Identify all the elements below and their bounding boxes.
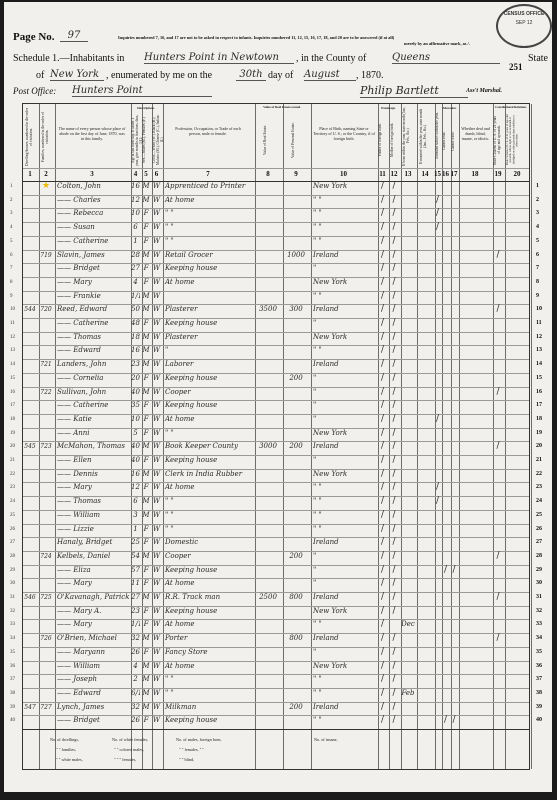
- male-citizen: /: [493, 550, 503, 564]
- disability: [459, 194, 491, 208]
- occupation: " ": [163, 509, 255, 523]
- born-within-year: [401, 509, 415, 523]
- cannot-read: [442, 646, 449, 660]
- disability: [459, 481, 491, 495]
- age: 40: [131, 440, 140, 454]
- born-within-year: [401, 194, 415, 208]
- mother-foreign: /: [389, 701, 399, 715]
- dwelling-number: [23, 290, 37, 304]
- disability: [459, 262, 491, 276]
- cannot-read: [442, 413, 449, 427]
- age: 12: [131, 481, 140, 495]
- person-name: —— Mary A.: [55, 605, 131, 619]
- mother-foreign: /: [389, 290, 399, 304]
- male-citizen: [493, 317, 503, 331]
- disability: [459, 495, 491, 509]
- dwelling-number: [23, 714, 37, 728]
- cannot-read: [442, 687, 449, 701]
- footer-foreign-males: No. of males, foreign born,: [176, 737, 221, 742]
- cannot-write: [451, 440, 457, 454]
- birthplace: New York: [311, 660, 378, 674]
- sex: F: [142, 399, 150, 413]
- male-citizen: [493, 344, 503, 358]
- color: W: [152, 632, 161, 646]
- sex: F: [142, 413, 150, 427]
- real-estate-value: [255, 495, 281, 509]
- row-number-left: 20: [10, 444, 15, 449]
- marshal-label: Ass't Marshal.: [466, 88, 502, 94]
- birthplace: " ": [311, 344, 378, 358]
- born-within-year: [401, 249, 415, 263]
- row-number-left: 11: [10, 321, 15, 326]
- dwelling-number: [23, 577, 37, 591]
- occupation: Clerk in India Rubber: [163, 468, 255, 482]
- dwelling-number: [23, 687, 37, 701]
- table-row: —— Mary1/12FWAt home" "/Dec: [22, 618, 530, 632]
- col-1-header: Dwelling-houses, numbered in the order o…: [25, 108, 35, 166]
- mother-foreign: /: [389, 564, 399, 578]
- vote-denied: [505, 673, 529, 687]
- table-row: —— Edward16MW"" "//: [22, 344, 530, 358]
- mother-foreign: [389, 618, 399, 632]
- mother-foreign: /: [389, 591, 399, 605]
- row-number-left: 22: [10, 472, 15, 477]
- vote-denied: [505, 317, 529, 331]
- row-number-right: 16: [536, 389, 542, 395]
- dwelling-number: 546: [23, 591, 37, 605]
- stamp-text: CENSUS OFFICE: [498, 11, 550, 17]
- row-number-right: 34: [536, 635, 542, 641]
- col-3-header: The name of every person whose place of …: [58, 126, 126, 141]
- dwelling-number: [23, 550, 37, 564]
- personal-estate-value: [283, 194, 309, 208]
- age: 28: [131, 249, 140, 263]
- color: W: [152, 536, 161, 550]
- cannot-read: [442, 262, 449, 276]
- married-within-year: [417, 372, 433, 386]
- married-within-year: [417, 523, 433, 537]
- disability: [459, 550, 491, 564]
- person-name: —— Mary: [55, 481, 131, 495]
- cannot-read: [442, 249, 449, 263]
- personal-estate-value: [283, 427, 309, 441]
- attended-school: /: [435, 194, 440, 208]
- table-row: 726O'Brien, Michael32MWPorter800Ireland/…: [22, 632, 530, 646]
- mother-foreign: /: [389, 481, 399, 495]
- table-row: —— Cornelia20FWKeeping house200"//: [22, 372, 530, 386]
- married-within-year: [417, 687, 433, 701]
- birthplace: ": [311, 399, 378, 413]
- instructions-line-1: Inquiries numbered 7, 16, and 17 are not…: [118, 35, 394, 40]
- birthplace: " ": [311, 207, 378, 221]
- row-number-left: 26: [10, 527, 15, 532]
- sex: F: [142, 262, 150, 276]
- family-number: [39, 495, 53, 509]
- disability: [459, 687, 491, 701]
- sex: M: [142, 550, 150, 564]
- occupation: Keeping house: [163, 564, 255, 578]
- birthplace: New York: [311, 180, 378, 194]
- color: W: [152, 495, 161, 509]
- attended-school: [435, 605, 440, 619]
- sex: M: [142, 303, 150, 317]
- census-page: CENSUS OFFICE SEP 12 Page No. 97 Inquiri…: [4, 2, 552, 792]
- row-number-right: 15: [536, 375, 542, 381]
- family-number: [39, 468, 53, 482]
- cannot-read: [442, 577, 449, 591]
- married-within-year: [417, 249, 433, 263]
- sex: M: [142, 468, 150, 482]
- dwelling-number: [23, 509, 37, 523]
- cannot-write: [451, 399, 457, 413]
- age: 16: [131, 468, 140, 482]
- married-within-year: [417, 331, 433, 345]
- sex: M: [142, 180, 150, 194]
- dwelling-number: [23, 372, 37, 386]
- born-within-year: [401, 550, 415, 564]
- row-number-right: 36: [536, 663, 542, 669]
- birthplace: Ireland: [311, 358, 378, 372]
- sex: M: [142, 673, 150, 687]
- sex: F: [142, 564, 150, 578]
- row-number-left: 38: [10, 691, 15, 696]
- disability: [459, 701, 491, 715]
- birthplace: New York: [311, 276, 378, 290]
- birthplace: New York: [311, 427, 378, 441]
- person-name: Hanaly, Bridget: [55, 536, 131, 550]
- cannot-write: [451, 591, 457, 605]
- row-number-right: 40: [536, 717, 542, 723]
- birthplace: Ireland: [311, 440, 378, 454]
- age: 1/12: [131, 618, 140, 632]
- cannot-read: [442, 290, 449, 304]
- family-number: [39, 536, 53, 550]
- family-number: [39, 194, 53, 208]
- family-number: 725: [39, 591, 53, 605]
- married-within-year: [417, 386, 433, 400]
- mother-foreign: /: [389, 399, 399, 413]
- real-estate-value: 3500: [255, 303, 281, 317]
- cannot-write: [451, 481, 457, 495]
- occupation: Keeping house: [163, 454, 255, 468]
- attended-school: [435, 358, 440, 372]
- cannot-read: [442, 399, 449, 413]
- cannot-read: [442, 358, 449, 372]
- education-group-header: Education.: [441, 106, 458, 110]
- location-field: Hunters Point in Newtown: [144, 52, 294, 64]
- attended-school: [435, 509, 440, 523]
- col-9-header: Value of Personal Estate.: [291, 116, 301, 164]
- male-citizen: [493, 577, 503, 591]
- col-19-header: Male Citizens of U. S. of 21 years of ag…: [493, 114, 503, 166]
- disability: [459, 317, 491, 331]
- person-name: —— Charles: [55, 194, 131, 208]
- father-foreign: /: [378, 564, 387, 578]
- cannot-read: [442, 235, 449, 249]
- occupation: At home: [163, 660, 255, 674]
- mother-foreign: /: [389, 536, 399, 550]
- row-number-left: 18: [10, 417, 15, 422]
- color: W: [152, 358, 161, 372]
- married-within-year: [417, 290, 433, 304]
- row-number-right: 25: [536, 512, 542, 518]
- real-estate-value: [255, 262, 281, 276]
- family-number: [39, 221, 53, 235]
- table-row: —— Katie10FWAt home"///: [22, 413, 530, 427]
- born-within-year: [401, 577, 415, 591]
- cannot-read: [442, 344, 449, 358]
- row-number-right: 32: [536, 608, 542, 614]
- color: W: [152, 386, 161, 400]
- dwelling-number: [23, 495, 37, 509]
- born-within-year: [401, 276, 415, 290]
- father-foreign: /: [378, 632, 387, 646]
- disability: [459, 468, 491, 482]
- cannot-write: [451, 262, 457, 276]
- male-citizen: [493, 536, 503, 550]
- column-number: 10: [310, 170, 377, 178]
- attended-school: [435, 303, 440, 317]
- cannot-read: [442, 605, 449, 619]
- father-foreign: /: [378, 440, 387, 454]
- age: 27: [131, 262, 140, 276]
- disability: [459, 344, 491, 358]
- col-11-header: Father of foreign birth.: [378, 114, 387, 166]
- person-name: —— Mary: [55, 276, 131, 290]
- male-citizen: [493, 221, 503, 235]
- cannot-write: [451, 331, 457, 345]
- column-number: 19: [492, 170, 504, 178]
- table-row: —— Bridget26FWKeeping house" "////: [22, 714, 530, 728]
- male-citizen: [493, 358, 503, 372]
- cannot-write: [451, 468, 457, 482]
- born-within-year: [401, 427, 415, 441]
- married-within-year: [417, 413, 433, 427]
- age: 20: [131, 372, 140, 386]
- sex: F: [142, 523, 150, 537]
- column-number: 1: [22, 170, 38, 178]
- vote-denied: [505, 440, 529, 454]
- age: 1/12: [131, 290, 140, 304]
- personal-estate-value: 800: [283, 591, 309, 605]
- occupation: Plasterer: [163, 331, 255, 345]
- attended-school: [435, 468, 440, 482]
- married-within-year: [417, 577, 433, 591]
- real-estate-value: [255, 632, 281, 646]
- married-within-year: [417, 262, 433, 276]
- sex: M: [142, 358, 150, 372]
- birthplace: Ireland: [311, 303, 378, 317]
- male-citizen: [493, 194, 503, 208]
- disability: [459, 714, 491, 728]
- attended-school: [435, 577, 440, 591]
- color: W: [152, 235, 161, 249]
- person-name: —— Catherine: [55, 317, 131, 331]
- married-within-year: [417, 440, 433, 454]
- parentage-group-header: Parentage.: [377, 106, 400, 110]
- post-office-label: Post Office:: [13, 86, 56, 96]
- born-within-year: [401, 646, 415, 660]
- sex: F: [142, 577, 150, 591]
- person-name: —— William: [55, 509, 131, 523]
- male-citizen: /: [493, 303, 503, 317]
- month-field: August: [304, 69, 356, 81]
- occupation: At home: [163, 276, 255, 290]
- real-estate-value: [255, 550, 281, 564]
- family-number: [39, 646, 53, 660]
- vote-denied: [505, 536, 529, 550]
- born-within-year: [401, 536, 415, 550]
- cannot-read: [442, 303, 449, 317]
- disability: [459, 577, 491, 591]
- cannot-write: [451, 605, 457, 619]
- color: W: [152, 194, 161, 208]
- birthplace: " ": [311, 235, 378, 249]
- row-number-left: 29: [10, 568, 15, 573]
- occupation: Cooper: [163, 550, 255, 564]
- dwelling-number: [23, 618, 37, 632]
- col-6-header: Color.—White (W.), Black (B.), Mulatto (…: [152, 114, 161, 166]
- mother-foreign: /: [389, 221, 399, 235]
- family-number: [39, 660, 53, 674]
- born-within-year: [401, 386, 415, 400]
- family-number: 727: [39, 701, 53, 715]
- cannot-read: [442, 673, 449, 687]
- personal-estate-value: [283, 523, 309, 537]
- mother-foreign: /: [389, 550, 399, 564]
- married-within-year: [417, 180, 433, 194]
- person-name: —— Edward: [55, 344, 131, 358]
- born-within-year: [401, 591, 415, 605]
- age: 10: [131, 413, 140, 427]
- male-citizen: [493, 495, 503, 509]
- color: W: [152, 440, 161, 454]
- cannot-read: [442, 194, 449, 208]
- column-number: 20: [504, 170, 530, 178]
- age: 3: [131, 509, 140, 523]
- family-number: [39, 605, 53, 619]
- vote-denied: [505, 591, 529, 605]
- disability: [459, 632, 491, 646]
- table-row: —— Joseph2MW" "" "//: [22, 673, 530, 687]
- dwelling-number: [23, 454, 37, 468]
- sex: M: [142, 509, 150, 523]
- attended-school: [435, 618, 440, 632]
- cannot-write: [451, 290, 457, 304]
- attended-school: [435, 550, 440, 564]
- family-number: [39, 290, 53, 304]
- person-name: Landers, John: [55, 358, 131, 372]
- married-within-year: [417, 536, 433, 550]
- person-name: McMahon, Thomas: [55, 440, 131, 454]
- married-within-year: [417, 427, 433, 441]
- footer-colored-males: " " colored males,: [114, 747, 144, 752]
- male-citizen: [493, 618, 503, 632]
- born-within-year: Dec: [401, 618, 415, 632]
- table-row: —— Eliza57FWKeeping house"////: [22, 564, 530, 578]
- disability: [459, 536, 491, 550]
- birthplace: " ": [311, 194, 378, 208]
- male-citizen: [493, 687, 503, 701]
- person-name: Sullivan, John: [55, 386, 131, 400]
- cannot-write: /: [451, 564, 457, 578]
- real-estate-value: [255, 577, 281, 591]
- person-name: —— Eliza: [55, 564, 131, 578]
- occupation: " ": [163, 221, 255, 235]
- sex: F: [142, 618, 150, 632]
- attended-school: [435, 454, 440, 468]
- dwelling-number: 547: [23, 701, 37, 715]
- personal-estate-value: [283, 564, 309, 578]
- col-12-header: Mother of foreign birth.: [390, 114, 399, 166]
- table-row: —— William4MWAt homeNew York//: [22, 660, 530, 674]
- person-name: —— Ellen: [55, 454, 131, 468]
- father-foreign: /: [378, 495, 387, 509]
- row-number-left: 30: [10, 581, 15, 586]
- personal-estate-value: [283, 646, 309, 660]
- person-name: —— Susan: [55, 221, 131, 235]
- dwelling-number: [23, 221, 37, 235]
- age: 6: [131, 221, 140, 235]
- cannot-write: [451, 194, 457, 208]
- cannot-read: [442, 221, 449, 235]
- column-number: 6: [151, 170, 162, 178]
- mother-foreign: /: [389, 660, 399, 674]
- mother-foreign: /: [389, 714, 399, 728]
- birthplace: ": [311, 564, 378, 578]
- occupation: Milkman: [163, 701, 255, 715]
- dwelling-number: 544: [23, 303, 37, 317]
- person-name: O'Kavanagh, Patrick: [55, 591, 131, 605]
- column-number: 11: [377, 170, 388, 178]
- cannot-read: [442, 495, 449, 509]
- occupation: Cooper: [163, 386, 255, 400]
- attended-school: [435, 427, 440, 441]
- sex: F: [142, 536, 150, 550]
- schedule-label: Schedule 1.—Inhabitants in: [13, 53, 124, 64]
- occupation: Keeping house: [163, 605, 255, 619]
- column-number: 4: [130, 170, 141, 178]
- row-number-left: 24: [10, 499, 15, 504]
- dwelling-number: [23, 468, 37, 482]
- father-foreign: /: [378, 523, 387, 537]
- vote-denied: [505, 632, 529, 646]
- age: 25: [131, 536, 140, 550]
- sex: M: [142, 440, 150, 454]
- personal-estate-value: 200: [283, 701, 309, 715]
- person-name: —— Dennis: [55, 468, 131, 482]
- birthplace: " ": [311, 481, 378, 495]
- person-name: Slavin, James: [55, 249, 131, 263]
- personal-estate-value: [283, 276, 309, 290]
- row-number-left: 5: [10, 239, 13, 244]
- age: 32: [131, 701, 140, 715]
- table-row: 544720Reed, Edward50MWPlasterer3500300Ir…: [22, 303, 530, 317]
- color: W: [152, 180, 161, 194]
- disability: [459, 386, 491, 400]
- attended-school: [435, 632, 440, 646]
- born-within-year: [401, 605, 415, 619]
- row-number-right: 7: [536, 265, 539, 271]
- personal-estate-value: 200: [283, 440, 309, 454]
- occupation: Keeping house: [163, 399, 255, 413]
- table-row: —— William3MW" "" "//: [22, 509, 530, 523]
- personal-estate-value: [283, 468, 309, 482]
- cannot-read: [442, 550, 449, 564]
- row-number-right: 24: [536, 498, 542, 504]
- row-number-right: 37: [536, 676, 542, 682]
- age: 16: [131, 180, 140, 194]
